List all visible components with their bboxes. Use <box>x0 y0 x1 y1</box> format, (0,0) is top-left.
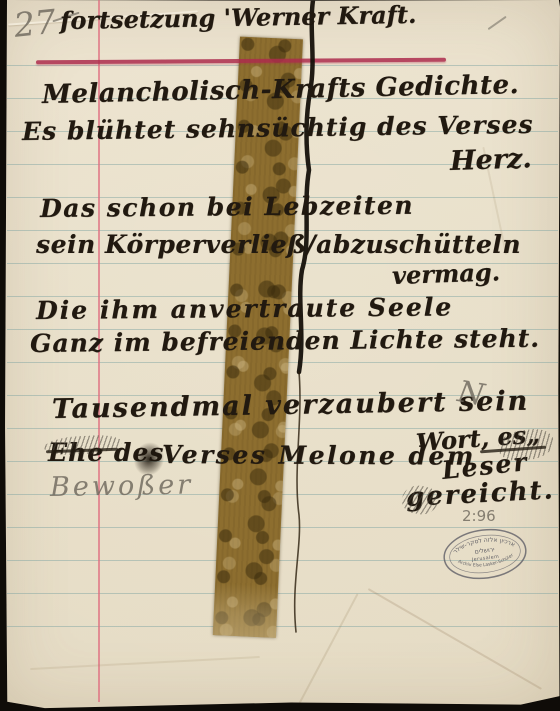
poem-line-6: Die ihm anvertraute Seele <box>36 292 453 325</box>
poem-line-5: vermag. <box>391 257 500 290</box>
poem-line-3: Das schon bei Lebzeiten <box>40 191 414 223</box>
svg-text:Archiv Else Lasker-Schüler: Archiv Else Lasker-Schüler <box>456 552 515 572</box>
manuscript-page: 27 fortsetzung 'Werner Kraft. Melancholi… <box>0 0 560 711</box>
poem-line-2: Herz. <box>449 143 532 177</box>
poem-line-7: Ganz im befreienden Lichte steht. <box>30 324 540 358</box>
pencil-shelfmark: 2:96 <box>462 507 496 525</box>
stamp-latin-arc-text: Archiv Else Lasker-Schüler <box>456 552 515 572</box>
page-number-pencil: 27 <box>12 2 58 45</box>
pencil-word: Bewoßer <box>50 470 194 503</box>
poem-line-4: sein Körperverließ/abzuschütteln <box>36 230 521 259</box>
stamp-hebrew-city-text: ירושלים <box>474 546 495 555</box>
archive-stamp: ארכיון אלזה לסקר-שילר ירושלים Jerusalem … <box>438 523 532 585</box>
scanned-document: 27 fortsetzung 'Werner Kraft. Melancholi… <box>0 0 560 711</box>
